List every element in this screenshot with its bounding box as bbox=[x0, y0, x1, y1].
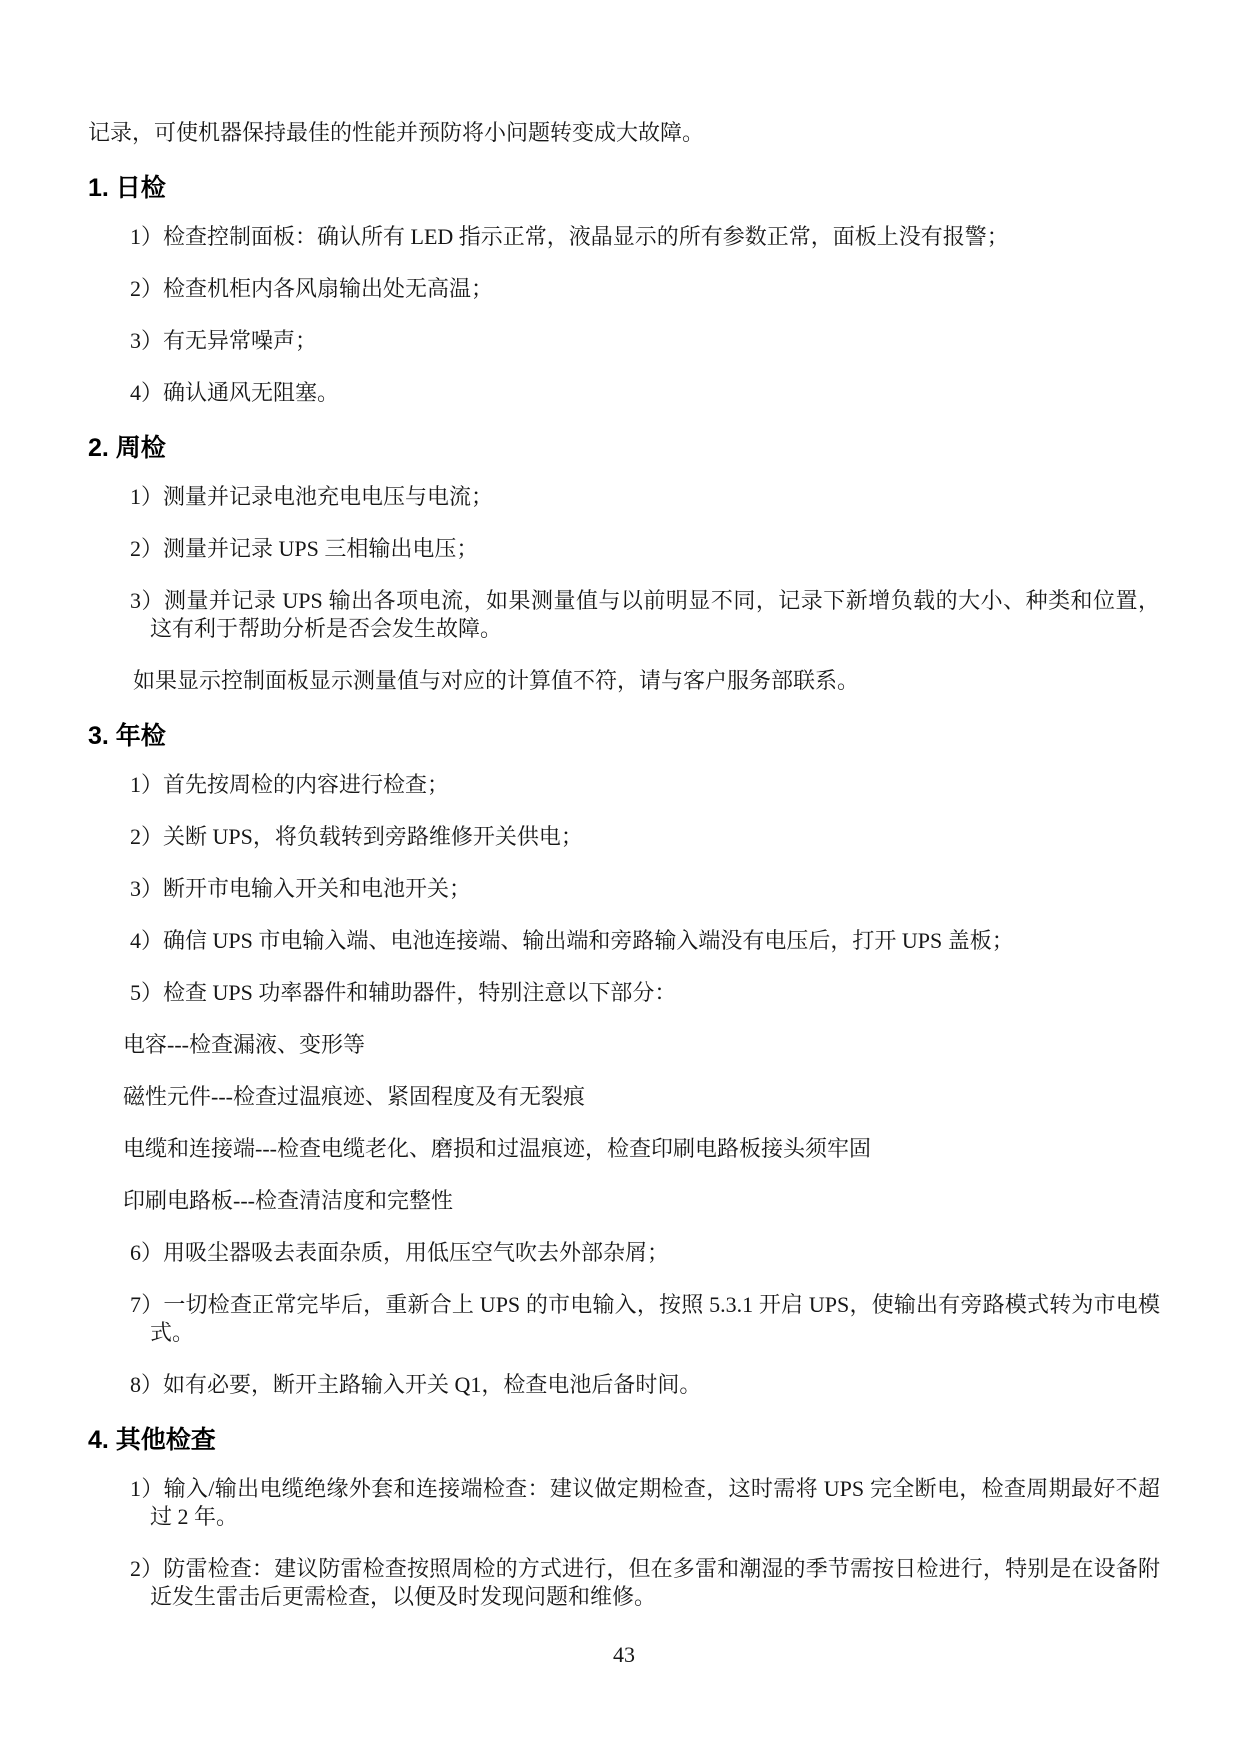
sub-check-magnetic: 磁性元件---检查过温痕迹、紧固程度及有无裂痕 bbox=[123, 1083, 1160, 1111]
heading-annual-check: 3. 年检 bbox=[88, 719, 1160, 753]
list-item: 1）输入/输出电缆绝缘外套和连接端检查：建议做定期检查，这时需将 UPS 完全断… bbox=[130, 1475, 1160, 1531]
list-item: 5）检查 UPS 功率器件和辅助器件，特别注意以下部分： bbox=[130, 979, 1160, 1007]
list-item: 4）确认通风无阻塞。 bbox=[130, 379, 1160, 407]
list-item: 4）确信 UPS 市电输入端、电池连接端、输出端和旁路输入端没有电压后，打开 U… bbox=[130, 927, 1160, 955]
heading-other-check: 4. 其他检查 bbox=[88, 1423, 1160, 1457]
list-item: 3）有无异常噪声； bbox=[130, 327, 1160, 355]
document-page: 记录，可使机器保持最佳的性能并预防将小问题转变成大故障。 1. 日检 1）检查控… bbox=[0, 0, 1240, 1754]
note-paragraph: 如果显示控制面板显示测量值与对应的计算值不符，请与客户服务部联系。 bbox=[133, 667, 1160, 695]
heading-daily-check: 1. 日检 bbox=[88, 171, 1160, 205]
list-item: 2）关断 UPS，将负载转到旁路维修开关供电； bbox=[130, 823, 1160, 851]
list-item: 2）防雷检查：建议防雷检查按照周检的方式进行，但在多雷和潮湿的季节需按日检进行，… bbox=[130, 1555, 1160, 1611]
sub-check-capacitor: 电容---检查漏液、变形等 bbox=[123, 1031, 1160, 1059]
heading-weekly-check: 2. 周检 bbox=[88, 431, 1160, 465]
list-item: 1）测量并记录电池充电电压与电流； bbox=[130, 483, 1160, 511]
list-item: 8）如有必要，断开主路输入开关 Q1，检查电池后备时间。 bbox=[130, 1371, 1160, 1399]
list-item: 1）首先按周检的内容进行检查； bbox=[130, 771, 1160, 799]
sub-check-cables: 电缆和连接端---检查电缆老化、磨损和过温痕迹，检查印刷电路板接头须牢固 bbox=[123, 1135, 1160, 1163]
list-item: 3）测量并记录 UPS 输出各项电流，如果测量值与以前明显不同，记录下新增负载的… bbox=[130, 587, 1160, 643]
list-item: 1）检查控制面板：确认所有 LED 指示正常，液晶显示的所有参数正常，面板上没有… bbox=[130, 223, 1160, 251]
list-item: 7）一切检查正常完毕后，重新合上 UPS 的市电输入，按照 5.3.1 开启 U… bbox=[130, 1291, 1160, 1347]
intro-paragraph: 记录，可使机器保持最佳的性能并预防将小问题转变成大故障。 bbox=[88, 119, 1160, 147]
list-item: 3）断开市电输入开关和电池开关； bbox=[130, 875, 1160, 903]
list-item: 2）测量并记录 UPS 三相输出电压； bbox=[130, 535, 1160, 563]
list-item: 2）检查机柜内各风扇输出处无高温； bbox=[130, 275, 1160, 303]
page-number: 43 bbox=[88, 1641, 1160, 1669]
list-item: 6）用吸尘器吸去表面杂质，用低压空气吹去外部杂屑； bbox=[130, 1239, 1160, 1267]
sub-check-pcb: 印刷电路板---检查清洁度和完整性 bbox=[123, 1187, 1160, 1215]
